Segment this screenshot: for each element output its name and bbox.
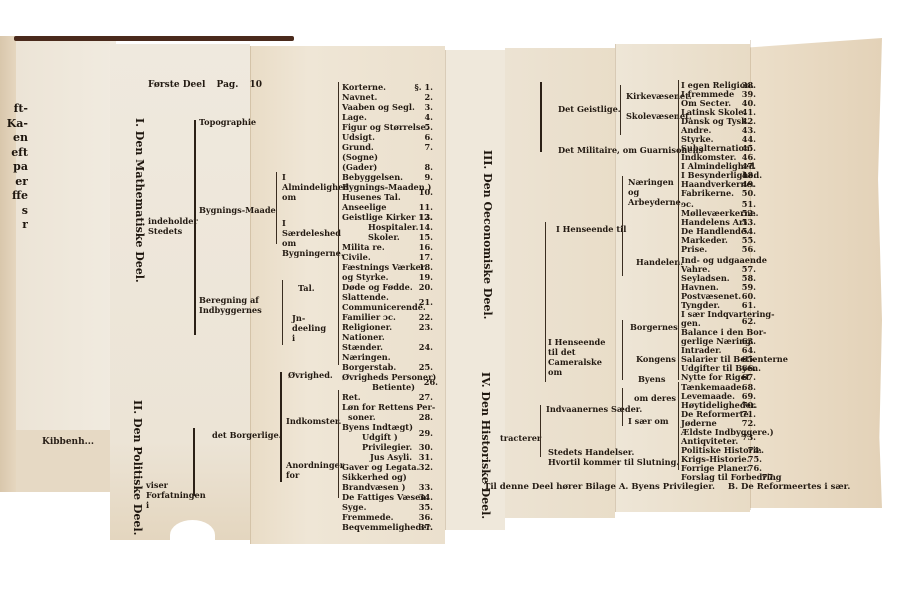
list-item: Korterne. (342, 82, 386, 92)
sheet-panel-6 (750, 38, 882, 508)
group-kongens: Kongens (636, 354, 676, 364)
group-inddeling: Jn-deeling i (292, 313, 327, 343)
group-skolevaesenet: Skolevæsenet. (626, 111, 666, 121)
section-number: 10. (409, 187, 433, 197)
group-borgerlige: det Borgerlige. (212, 430, 282, 440)
list-item: Husenes Tal. (342, 192, 401, 202)
list-item: Jus Asyli. (370, 452, 412, 462)
section-number: 35. (409, 502, 433, 512)
section-number: 62. (732, 316, 756, 326)
group-i-saer-om: I sær om (628, 416, 669, 426)
list-item: Sikkerhed og) (342, 472, 407, 482)
list-item: Brandvæsen ) (342, 482, 405, 492)
part1-items-brace (338, 82, 339, 365)
left-page-line: ffe (0, 189, 28, 204)
list-item: Lage. (342, 112, 367, 122)
section-number: 34. (409, 492, 433, 502)
list-item: Civile. (342, 252, 371, 262)
list-item: soner. (348, 412, 376, 422)
book-spine-top (14, 36, 294, 41)
section-number: 32. (409, 462, 433, 472)
header-page-label: Pag. (217, 80, 239, 90)
footer-note-b: B. De Reformeertes i sær. (728, 482, 850, 492)
bygnings-brace (276, 172, 277, 244)
list-item: Navnet. (342, 92, 377, 102)
list-item: Syge. (342, 502, 366, 512)
section-number: 19. (409, 272, 433, 282)
geistlige-brace (620, 85, 621, 135)
list-item: (Sogne) (342, 152, 378, 162)
part2-qualifier: viser Forfatningen i (146, 480, 190, 510)
section-number: 77. (752, 472, 776, 482)
list-item: Døde og Fødde. (342, 282, 413, 292)
fold-line (615, 44, 616, 512)
list-item: (Gader) (342, 162, 377, 172)
left-book-page (16, 40, 116, 492)
page-header: Første Deel Pag. 10 (148, 80, 262, 90)
group-hvortil: Hvortil kommer til Slutning. (548, 457, 679, 467)
section-number: 20. (409, 282, 433, 292)
list-item: Byens Indtægt) (342, 422, 413, 432)
part4-qualifier: tracterer (500, 433, 541, 443)
section-number: 9. (409, 172, 433, 182)
list-item: Anseelige (342, 202, 387, 212)
beregning-brace (282, 280, 283, 345)
part3-title: III. Den Oeconomiske Deel. (481, 150, 494, 319)
section-number: 14. (409, 222, 433, 232)
section-number: 28. (409, 412, 433, 422)
section-number: 56. (732, 244, 756, 254)
indvaanernes-brace (622, 388, 623, 426)
section-number: 8. (409, 162, 433, 172)
part2-items-brace (338, 390, 339, 498)
section-number: 18. (409, 262, 433, 272)
group-anordninger: Anordninger for (286, 460, 334, 480)
paper-tear (170, 520, 215, 550)
group-topographie: Topographie (199, 117, 256, 127)
footer-note: Til denne Deel hører Bilage A. Byens Pri… (484, 482, 850, 492)
list-item: Gaver og Legata. (342, 462, 419, 472)
list-item: Udgift ) (362, 432, 398, 442)
left-page-line: r (0, 218, 28, 233)
section-number: 26. (414, 377, 438, 387)
section-number: 37. (409, 522, 433, 532)
left-page-text-fragment: ft- Ka- en eft pa er ffe s r (0, 102, 28, 233)
section-number: 6. (409, 132, 433, 142)
list-item: Milita re. (342, 242, 385, 252)
group-tal: Tal. (298, 283, 315, 293)
group-borgernes: Borgernes (630, 322, 678, 332)
section-number: 23. (409, 322, 433, 332)
left-page-line: Ka- (0, 117, 28, 132)
part1-title: I. Den Mathematiske Deel. (133, 118, 146, 283)
group-om-deres: om deres (634, 393, 676, 403)
list-item: Familier ɔc. (342, 312, 396, 322)
part4-brace (540, 405, 541, 457)
list-item: Prise. (681, 244, 707, 254)
cameralske-brace (622, 320, 623, 380)
section-number: 31. (409, 452, 433, 462)
section-number: 5. (409, 122, 433, 132)
list-item: Fremmede. (342, 512, 394, 522)
group-geistlige: Det Geistlige. (558, 104, 621, 114)
left-page-line: en (0, 131, 28, 146)
left-page-bottom-fragment: Kibbenh... (42, 437, 94, 447)
section-number: 36. (409, 512, 433, 522)
list-item: Grund. (342, 142, 374, 152)
henseende-brace (545, 222, 546, 382)
group-handelen: Handelen. (636, 257, 683, 267)
part3-items-brace (678, 80, 679, 380)
section-number: §. 1. (409, 82, 433, 92)
section-number: 16. (409, 242, 433, 252)
left-page-line: pa (0, 160, 28, 175)
section-number: 29. (409, 428, 433, 438)
section-number: 33. (409, 482, 433, 492)
group-cameralske: I Henseende til det Cameralske om (548, 337, 618, 377)
naeringen-brace (622, 176, 623, 276)
part1-qualifier: indeholder Stedets (148, 216, 193, 236)
list-item: Næringen. (342, 352, 391, 362)
section-number: 21. (409, 297, 433, 307)
list-item: Religioner. (342, 322, 392, 332)
section-number: 27. (409, 392, 433, 402)
section-number: 67. (732, 372, 756, 382)
part1-brace (194, 120, 196, 335)
section-number: 4. (409, 112, 433, 122)
list-item: Fabrikerne. (681, 188, 734, 198)
section-number: 22. (409, 312, 433, 322)
section-number: 15. (409, 232, 433, 242)
list-item: Udsigt. (342, 132, 375, 142)
part2-title: II. Den Politiske Deel. (131, 400, 144, 535)
group-byens: Byens (638, 374, 665, 384)
section-number: 73. (732, 432, 756, 442)
group-stedets: Stedets Handelser. (548, 447, 634, 457)
part4-title: IV. Den Historiske Deel. (479, 372, 492, 519)
group-bygnings-maade: Bygnings-Maade (199, 205, 276, 215)
list-item: Skoler. (368, 232, 400, 242)
section-number: 30. (409, 442, 433, 452)
list-item: Løn for Rettens Per- (342, 402, 435, 412)
group-almindelighed: I Almindelighed om (282, 172, 332, 202)
group-ovrighed: Øvrighed. (288, 370, 333, 380)
list-item: Stænder. (342, 342, 383, 352)
list-item: Betiente) (372, 382, 415, 392)
list-item: og Styrke. (342, 272, 389, 282)
part2-brace (193, 428, 195, 496)
part3-brace (540, 82, 542, 152)
section-number: 2. (409, 92, 433, 102)
section-number: 50. (732, 188, 756, 198)
list-item: Borgerstab. (342, 362, 396, 372)
borgerlige-brace (280, 372, 282, 482)
section-number: 24. (409, 342, 433, 352)
group-indvaanernes: Indvaanernes Sæder. (546, 404, 642, 414)
header-title: Første Deel (148, 80, 205, 90)
list-item: Bebyggelsen. (342, 172, 403, 182)
left-page-line: eft (0, 146, 28, 161)
left-page-line: s (0, 204, 28, 219)
list-item: Privilegier. (362, 442, 412, 452)
header-page-number: 10 (249, 80, 262, 90)
section-number: 3. (409, 102, 433, 112)
group-henseende: I Henseende til (556, 224, 626, 234)
group-indkomster: Indkomster. (286, 416, 341, 426)
group-naeringen: Næringen og Arbeyderne. (628, 177, 683, 207)
section-number: 17. (409, 252, 433, 262)
group-saerdeleshed: I Særdeleshed om Bygningerne. (282, 218, 334, 258)
section-number: 25. (409, 362, 433, 372)
footer-note-a: Til denne Deel hører Bilage A. Byens Pri… (484, 482, 715, 492)
list-item: Ret. (342, 392, 361, 402)
section-number: 11. (409, 202, 433, 212)
section-number: 7. (409, 142, 433, 152)
fold-line (445, 50, 446, 530)
left-page-line: er (0, 175, 28, 190)
section-number: 13. (409, 212, 433, 222)
left-page-line: ft- (0, 102, 28, 117)
sheet-panel-3 (445, 50, 505, 530)
list-item: Slattende. (342, 292, 389, 302)
list-item: Vaaben og Segl. (342, 102, 415, 112)
group-beregning: Beregning af Indbyggernes (199, 295, 279, 315)
part4-items-brace (678, 382, 679, 470)
list-item: Nationer. (342, 332, 385, 342)
